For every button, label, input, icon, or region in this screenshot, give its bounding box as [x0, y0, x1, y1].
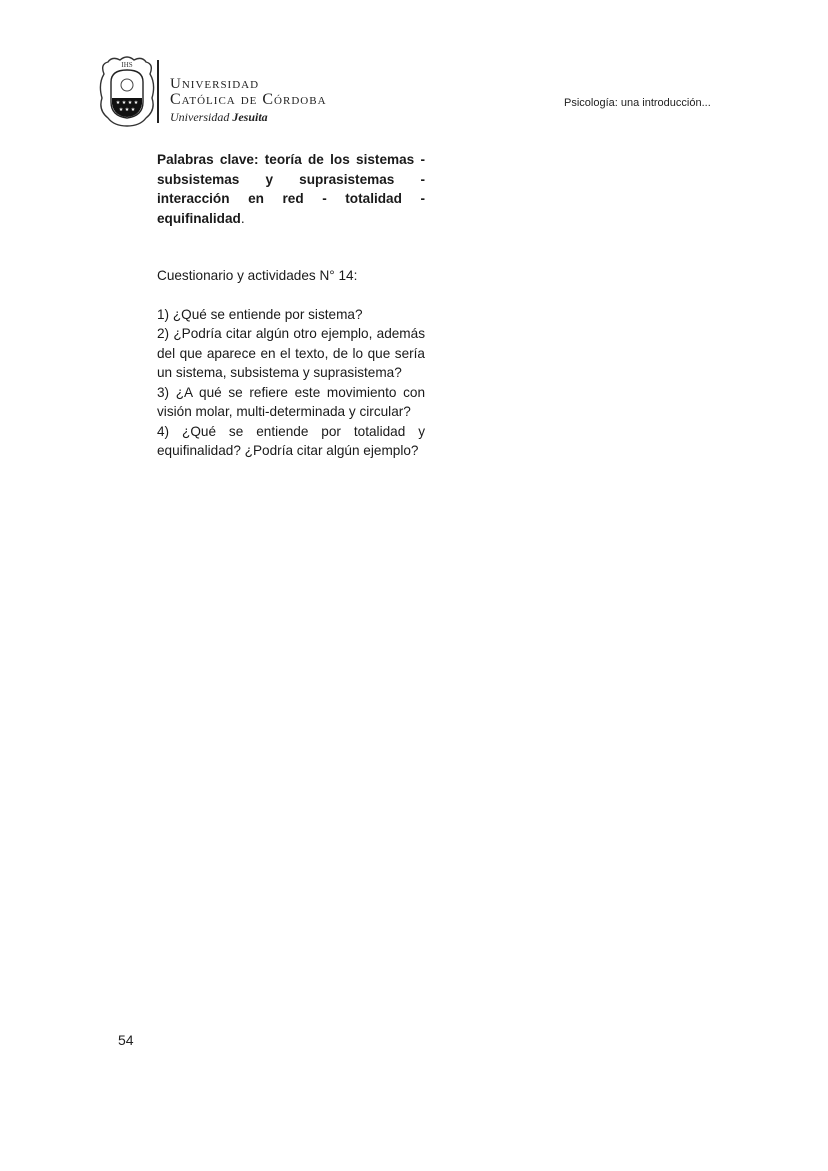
question-item: 1) ¿Qué se entiende por sistema? [157, 305, 425, 325]
svg-text:★: ★ [134, 100, 139, 106]
svg-text:★: ★ [128, 100, 133, 106]
university-crest-icon: IHS ★★★★ ★★★ [96, 54, 158, 128]
keywords-text: Palabras clave: teoría de los sistemas -… [157, 152, 425, 226]
questionnaire-title: Cuestionario y actividades N° 14: [157, 266, 425, 286]
university-line3-regular: Universidad [170, 110, 229, 124]
university-name: Universidad Católica de Córdoba Universi… [170, 76, 327, 125]
running-title: Psicología: una introducción... [564, 97, 711, 109]
svg-text:★: ★ [131, 107, 136, 113]
university-line3-bold: Jesuita [232, 110, 267, 124]
university-line3: Universidad Jesuita [170, 109, 327, 125]
question-list: 1) ¿Qué se entiende por sistema? 2) ¿Pod… [157, 305, 425, 461]
keywords-end: . [241, 211, 245, 226]
university-line2: Católica de Córdoba [170, 92, 327, 108]
university-line1: Universidad [170, 76, 327, 92]
header-divider [157, 60, 159, 123]
question-item: 4) ¿Qué se entiende por totalidad y equi… [157, 422, 425, 461]
page-number: 54 [118, 1032, 134, 1048]
svg-text:★: ★ [125, 107, 130, 113]
svg-text:★: ★ [122, 100, 127, 106]
svg-text:IHS: IHS [121, 61, 132, 69]
keywords: Palabras clave: teoría de los sistemas -… [157, 150, 425, 228]
question-item: 2) ¿Podría citar algún otro ejemplo, ade… [157, 324, 425, 383]
page-content: Palabras clave: teoría de los sistemas -… [157, 150, 425, 461]
svg-text:★: ★ [116, 100, 121, 106]
svg-text:★: ★ [119, 107, 124, 113]
question-item: 3) ¿A qué se refiere este movimiento con… [157, 383, 425, 422]
